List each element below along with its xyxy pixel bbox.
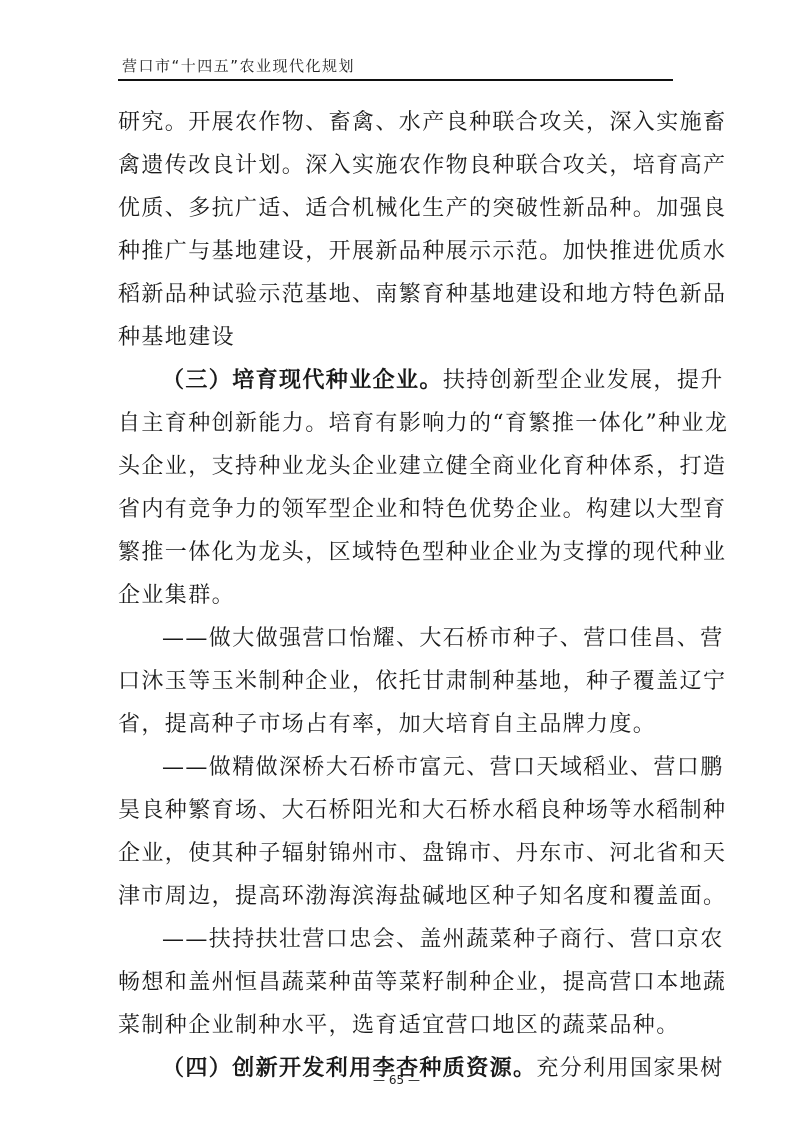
text-line: 种推广与基地建设，开展新品种展示示范。加快推进优质水	[118, 230, 674, 273]
text-line: 研究。开展农作物、畜禽、水产良种联合攻关，深入实施畜	[118, 101, 674, 144]
text-line: 菜制种企业制种水平，选育适宜营口地区的蔬菜品种。	[118, 1004, 674, 1047]
running-header: 营口市“十四五”农业现代化规划	[118, 49, 673, 81]
text-line: 优质、多抗广适、适合机械化生产的突破性新品种。加强良	[118, 187, 674, 230]
text-line: 省，提高种子市场占有率，加大培育自主品牌力度。	[118, 703, 674, 746]
text-line: 繁推一体化为龙头，区域特色型种业企业为支撑的现代种业	[118, 531, 674, 574]
page-number: — 65 —	[0, 1073, 793, 1087]
text-line: 企业集群。	[118, 574, 674, 617]
bullet-line: ——扶持扶壮营口忠会、盖州蔬菜种子商行、营口京农	[118, 918, 674, 961]
text-line: 自主育种创新能力。培育有影响力的“育繁推一体化”种业龙	[118, 402, 674, 445]
text-line: 头企业，支持种业龙头企业建立健全商业化育种体系，打造	[118, 445, 674, 488]
section-heading: （三）培育现代种业企业。	[162, 368, 443, 393]
text-line: 种基地建设	[118, 316, 674, 359]
text-line: 禽遗传改良计划。深入实施农作物良种联合攻关，培育高产	[118, 144, 674, 187]
text-line: 昊良种繁育场、大石桥阳光和大石桥水稻良种场等水稻制种	[118, 789, 674, 832]
text-line: 企业，使其种子辐射锦州市、盘锦市、丹东市、河北省和天	[118, 832, 674, 875]
text-line: 稻新品种试验示范基地、南繁育种基地建设和地方特色新品	[118, 273, 674, 316]
text-line: 口沐玉等玉米制种企业，依托甘肃制种基地，种子覆盖辽宁	[118, 660, 674, 703]
text-line: 省内有竞争力的领军型企业和特色优势企业。构建以大型育	[118, 488, 674, 531]
text-line: 畅想和盖州恒昌蔬菜种苗等菜籽制种企业，提高营口本地蔬	[118, 961, 674, 1004]
bullet-line: ——做精做深桥大石桥市富元、营口天域稻业、营口鹏	[118, 746, 674, 789]
bullet-line: ——做大做强营口怡耀、大石桥市种子、营口佳昌、营	[118, 617, 674, 660]
text-line: 津市周边，提高环渤海滨海盐碱地区种子知名度和覆盖面。	[118, 875, 674, 918]
text-span: 扶持创新型企业发展，提升	[443, 368, 724, 393]
section-heading-line: （三）培育现代种业企业。扶持创新型企业发展，提升	[118, 359, 674, 402]
body-text: 研究。开展农作物、畜禽、水产良种联合攻关，深入实施畜 禽遗传改良计划。深入实施农…	[118, 101, 674, 1090]
document-title: 营口市“十四五”农业现代化规划	[122, 55, 355, 76]
